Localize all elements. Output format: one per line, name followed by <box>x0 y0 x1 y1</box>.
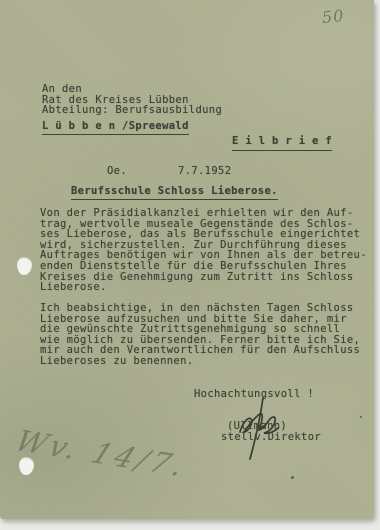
pencil-page-number: 50 <box>321 6 345 27</box>
eilbrief-marking: E i l b r i e f <box>232 136 332 151</box>
signatory-name: (Ullmann) <box>227 421 287 432</box>
reference-initials: Oe. <box>107 166 127 177</box>
hole-punch-bottom <box>19 457 34 475</box>
letter-date: 7.7.1952 <box>178 166 231 177</box>
ink-speck <box>360 416 362 418</box>
letter-paper: 50 An den Rat des Kreises Lübben Abteilu… <box>0 0 374 519</box>
pencil-margin-note: Wv. 14/7. <box>10 424 193 483</box>
subject-line: Berufsschule Schloss Lieberose. <box>71 186 278 200</box>
scan-background: 50 An den Rat des Kreises Lübben Abteilu… <box>0 0 380 530</box>
recipient-address: An den Rat des Kreises Lübben Abteilung:… <box>42 84 222 116</box>
recipient-city: L ü b b e n /Spreewald <box>42 121 189 135</box>
body-paragraph-1: Von der Präsidialkanzlei erhielten wir d… <box>40 208 370 293</box>
signatory-title: stellv.Direktor <box>221 432 321 443</box>
ink-speck <box>291 476 294 479</box>
hole-punch-top <box>17 257 32 275</box>
body-paragraph-2: Ich beabsichtige, in den nächsten Tagen … <box>40 303 370 367</box>
